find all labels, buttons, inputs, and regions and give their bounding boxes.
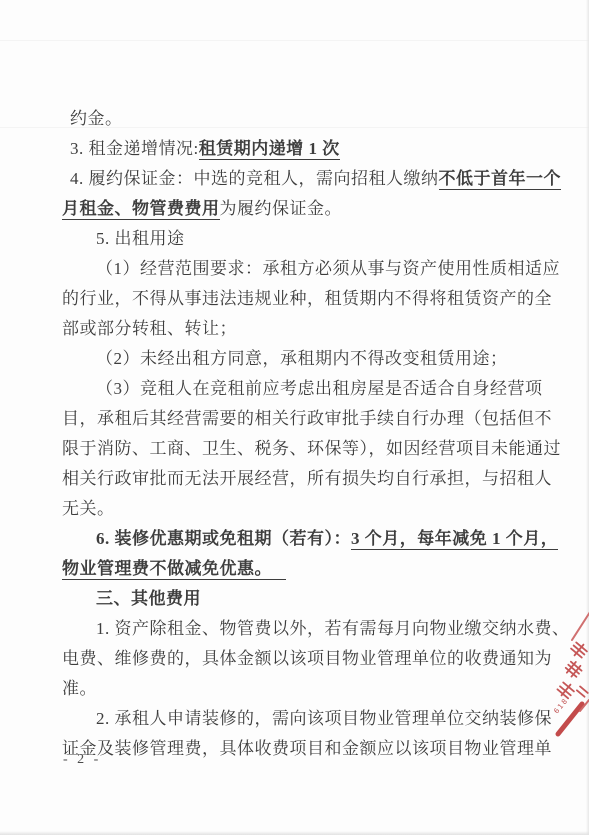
text-segment-underlined: 月租金、物管费费用 [62, 199, 220, 220]
text-segment: 电费、维修费的，具体金额以该项目物业管理单位的收费通知为 [62, 649, 552, 668]
document-body: 约金。 3. 租金递增情况:租赁期内递增 1 次 4. 履约保证金：中选的竞租人… [62, 104, 536, 764]
text-segment: （2）未经出租方同意，承租期内不得改变租赁用途； [96, 349, 508, 368]
page-number: - 2 - [63, 752, 101, 768]
text-segment-underlined: 物业管理费不做减免优惠。 [62, 559, 286, 580]
text-line: （3）竞租人在竞租前应考虑出租房屋是否适合自身经营项 [62, 374, 536, 404]
seal-character-strokes [556, 640, 589, 700]
text-line: 证金及装修管理费，具体收费项目和金额应以该项目物业管理单 [62, 734, 536, 764]
text-segment: 部或部分转租、转让； [62, 319, 237, 338]
text-segment: 证金及装修管理费，具体收费项目和金额应以该项目物业管理单 [62, 739, 552, 758]
section-heading: 三、其他费用 [96, 589, 201, 608]
scan-artifact-line [0, 40, 589, 41]
text-segment: 限于消防、工商、卫生、税务、环保等），如因经营项目未能通过 [62, 439, 561, 458]
text-line: 约金。 [62, 104, 536, 134]
text-segment: 准。 [62, 679, 97, 698]
text-segment: 4. 履约保证金：中选的竞租人，需向招租人缴纳 [70, 169, 439, 188]
text-segment: 2. 承租人申请装修的，需向该项目物业管理单位交纳装修保 [96, 709, 552, 728]
text-segment-underlined: 不低于首年一个 [439, 169, 562, 190]
text-line: 3. 租金递增情况:租赁期内递增 1 次 [62, 134, 536, 164]
text-segment: （3）竞租人在竞租前应考虑出租房屋是否适合自身经营项 [96, 379, 543, 398]
text-segment-underlined: 3 个月，每年减免 1 个月， [351, 529, 558, 550]
text-line: 无关。 [62, 494, 536, 524]
text-segment: 为履约保证金。 [220, 199, 343, 218]
text-line: 限于消防、工商、卫生、税务、环保等），如因经营项目未能通过 [62, 434, 536, 464]
text-line: 目，承租后其经营需要的相关行政审批手续自行办理（包括但不 [62, 404, 536, 434]
text-segment: 目，承租后其经营需要的相关行政审批手续自行办理（包括但不 [62, 409, 552, 428]
text-line: 准。 [62, 674, 536, 704]
text-line: 电费、维修费的，具体金额以该项目物业管理单位的收费通知为 [62, 644, 536, 674]
text-segment: （1）经营范围要求：承租方必须从事与资产使用性质相适应 [96, 259, 560, 278]
text-segment: 1. 资产除租金、物管费以外，若有需每月向物业缴交纳水费、 [96, 619, 570, 638]
text-line: 1. 资产除租金、物管费以外，若有需每月向物业缴交纳水费、 [62, 614, 536, 644]
text-line: （2）未经出租方同意，承租期内不得改变租赁用途； [62, 344, 536, 374]
seal-ring-arc [572, 612, 589, 640]
text-line: 2. 承租人申请装修的，需向该项目物业管理单位交纳装修保 [62, 704, 536, 734]
text-line: 部或部分转租、转让； [62, 314, 536, 344]
text-line: 月租金、物管费费用为履约保证金。 [62, 194, 536, 224]
text-line: 物业管理费不做减免优惠。 [62, 554, 536, 584]
text-line: 的行业，不得从事违法违规业种，租赁期内不得将租赁资产的全 [62, 284, 536, 314]
text-line: 6. 装修优惠期或免租期（若有）：3 个月，每年减免 1 个月， [62, 524, 536, 554]
text-line: 相关行政审批而无法开展经营，所有损失均自行承担，与招租人 [62, 464, 536, 494]
text-line: 4. 履约保证金：中选的竞租人，需向招租人缴纳不低于首年一个 [62, 164, 536, 194]
text-segment-underlined: 租赁期内递增 1 次 [199, 139, 340, 160]
text-segment: 3. 租金递增情况: [70, 139, 199, 158]
text-segment: 无关。 [62, 499, 115, 518]
text-segment-bold: 6. 装修优惠期或免租期（若有）： [96, 529, 351, 548]
text-line: 5. 出租用途 [62, 224, 536, 254]
text-segment: 的行业，不得从事违法违规业种，租赁期内不得将租赁资产的全 [62, 289, 552, 308]
text-segment: 相关行政审批而无法开展经营，所有损失均自行承担，与招租人 [62, 469, 552, 488]
seal-serial-digits: 618 [552, 696, 570, 715]
text-line: （1）经营范围要求：承租方必须从事与资产使用性质相适应 [62, 254, 536, 284]
text-segment: 5. 出租用途 [96, 229, 185, 248]
text-line: 三、其他费用 [62, 584, 536, 614]
page-edge-shadow-bottom [0, 831, 589, 835]
red-seal-stamp: 618 [549, 596, 589, 746]
text-segment: 约金。 [70, 109, 123, 128]
